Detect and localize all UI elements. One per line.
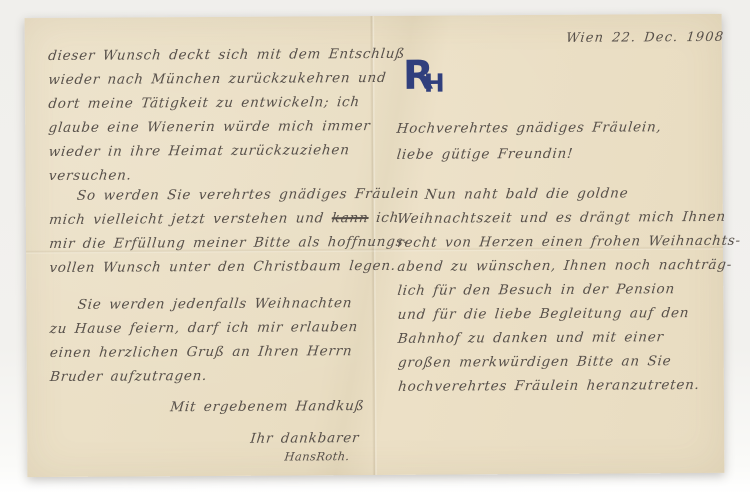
- handwriting-line: einen herzlichen Gruß an Ihren Herrn: [49, 339, 360, 365]
- letter-sheet: dieser Wunsch deckt sich mit dem Entschl…: [25, 14, 725, 477]
- crossed-out-word: kann: [331, 210, 369, 226]
- salutation: Hochverehrtes gnädiges Fräulein, liebe g…: [395, 114, 660, 168]
- handwriting-line: Sie werden jedenfalls Weihnachten: [48, 291, 359, 317]
- handwriting-line: großen merkwürdigen Bitte an Sie: [397, 349, 743, 375]
- handwriting-line: dieser Wunsch deckt sich mit dem Entschl…: [47, 42, 406, 68]
- right-paragraph-1: Nun naht bald die goldne Weihnachtszeit …: [396, 181, 741, 399]
- handwriting-line: dort meine Tätigkeit zu entwickeln; ich: [47, 90, 406, 116]
- handwriting-line: zu Hause feiern, darf ich mir erlauben: [49, 315, 360, 341]
- signature: HansRoth.: [283, 444, 348, 468]
- handwriting-line: Bahnhof zu danken und mit einer: [397, 325, 743, 351]
- date-line: Wien 22. Dec. 1908: [565, 26, 723, 51]
- left-paragraph-1: dieser Wunsch deckt sich mit dem Entschl…: [47, 42, 405, 188]
- handwriting-line: und für die liebe Begleitung auf den: [396, 301, 742, 327]
- handwriting-line: So werden Sie verehrtes gnädiges Fräulei…: [48, 182, 421, 208]
- handwriting-line: wieder in ihre Heimat zurückzuziehen: [47, 138, 406, 164]
- handwriting-line: Mit ergebenem Handkuß: [169, 394, 366, 419]
- monogram-letter-h: H: [424, 71, 445, 96]
- handwriting-line: hochverehrtes Fräulein heranzutreten.: [397, 373, 743, 399]
- closing-formula: Mit ergebenem Handkuß: [169, 394, 363, 419]
- handwriting-line: Wien 22. Dec. 1908: [565, 26, 726, 51]
- left-paragraph-3: Sie werden jedenfalls Weihnachten zu Hau…: [48, 291, 357, 389]
- handwriting-line: Weihnachtszeit und es drängt mich Ihnen: [396, 205, 742, 231]
- handwriting-line: Bruder aufzutragen.: [49, 363, 360, 389]
- handwriting-line: lich für den Besuch in der Pension: [396, 277, 742, 303]
- handwriting-line: HansRoth.: [283, 444, 350, 468]
- handwriting-line: Hochverehrtes gnädiges Fräulein,: [395, 114, 663, 142]
- handwriting-line: recht von Herzen einen frohen Weihnachts…: [396, 229, 742, 255]
- left-paragraph-2: So werden Sie verehrtes gnädiges Fräulei…: [48, 182, 419, 280]
- photo-background: dieser Wunsch deckt sich mit dem Entschl…: [0, 0, 750, 494]
- handwriting-line: liebe gütige Freundin!: [396, 140, 664, 168]
- handwriting-line: mir die Erfüllung meiner Bitte als hoffn…: [48, 230, 421, 256]
- handwriting-line: vollen Wunsch unter den Christbaum legen…: [48, 254, 421, 280]
- line-text: mich vielleicht jetzt verstehen und: [48, 210, 332, 228]
- handwriting-line: abend zu wünschen, Ihnen noch nachträg-: [396, 253, 742, 279]
- monogram-rh-stamp: RH: [403, 56, 445, 96]
- handwriting-line: glaube eine Wienerin würde mich immer: [47, 114, 406, 140]
- handwriting-line: Nun naht bald die goldne: [396, 181, 742, 207]
- handwriting-line: wieder nach München zurückzukehren und: [47, 66, 406, 92]
- handwriting-line: mich vielleicht jetzt verstehen und kann…: [48, 206, 421, 232]
